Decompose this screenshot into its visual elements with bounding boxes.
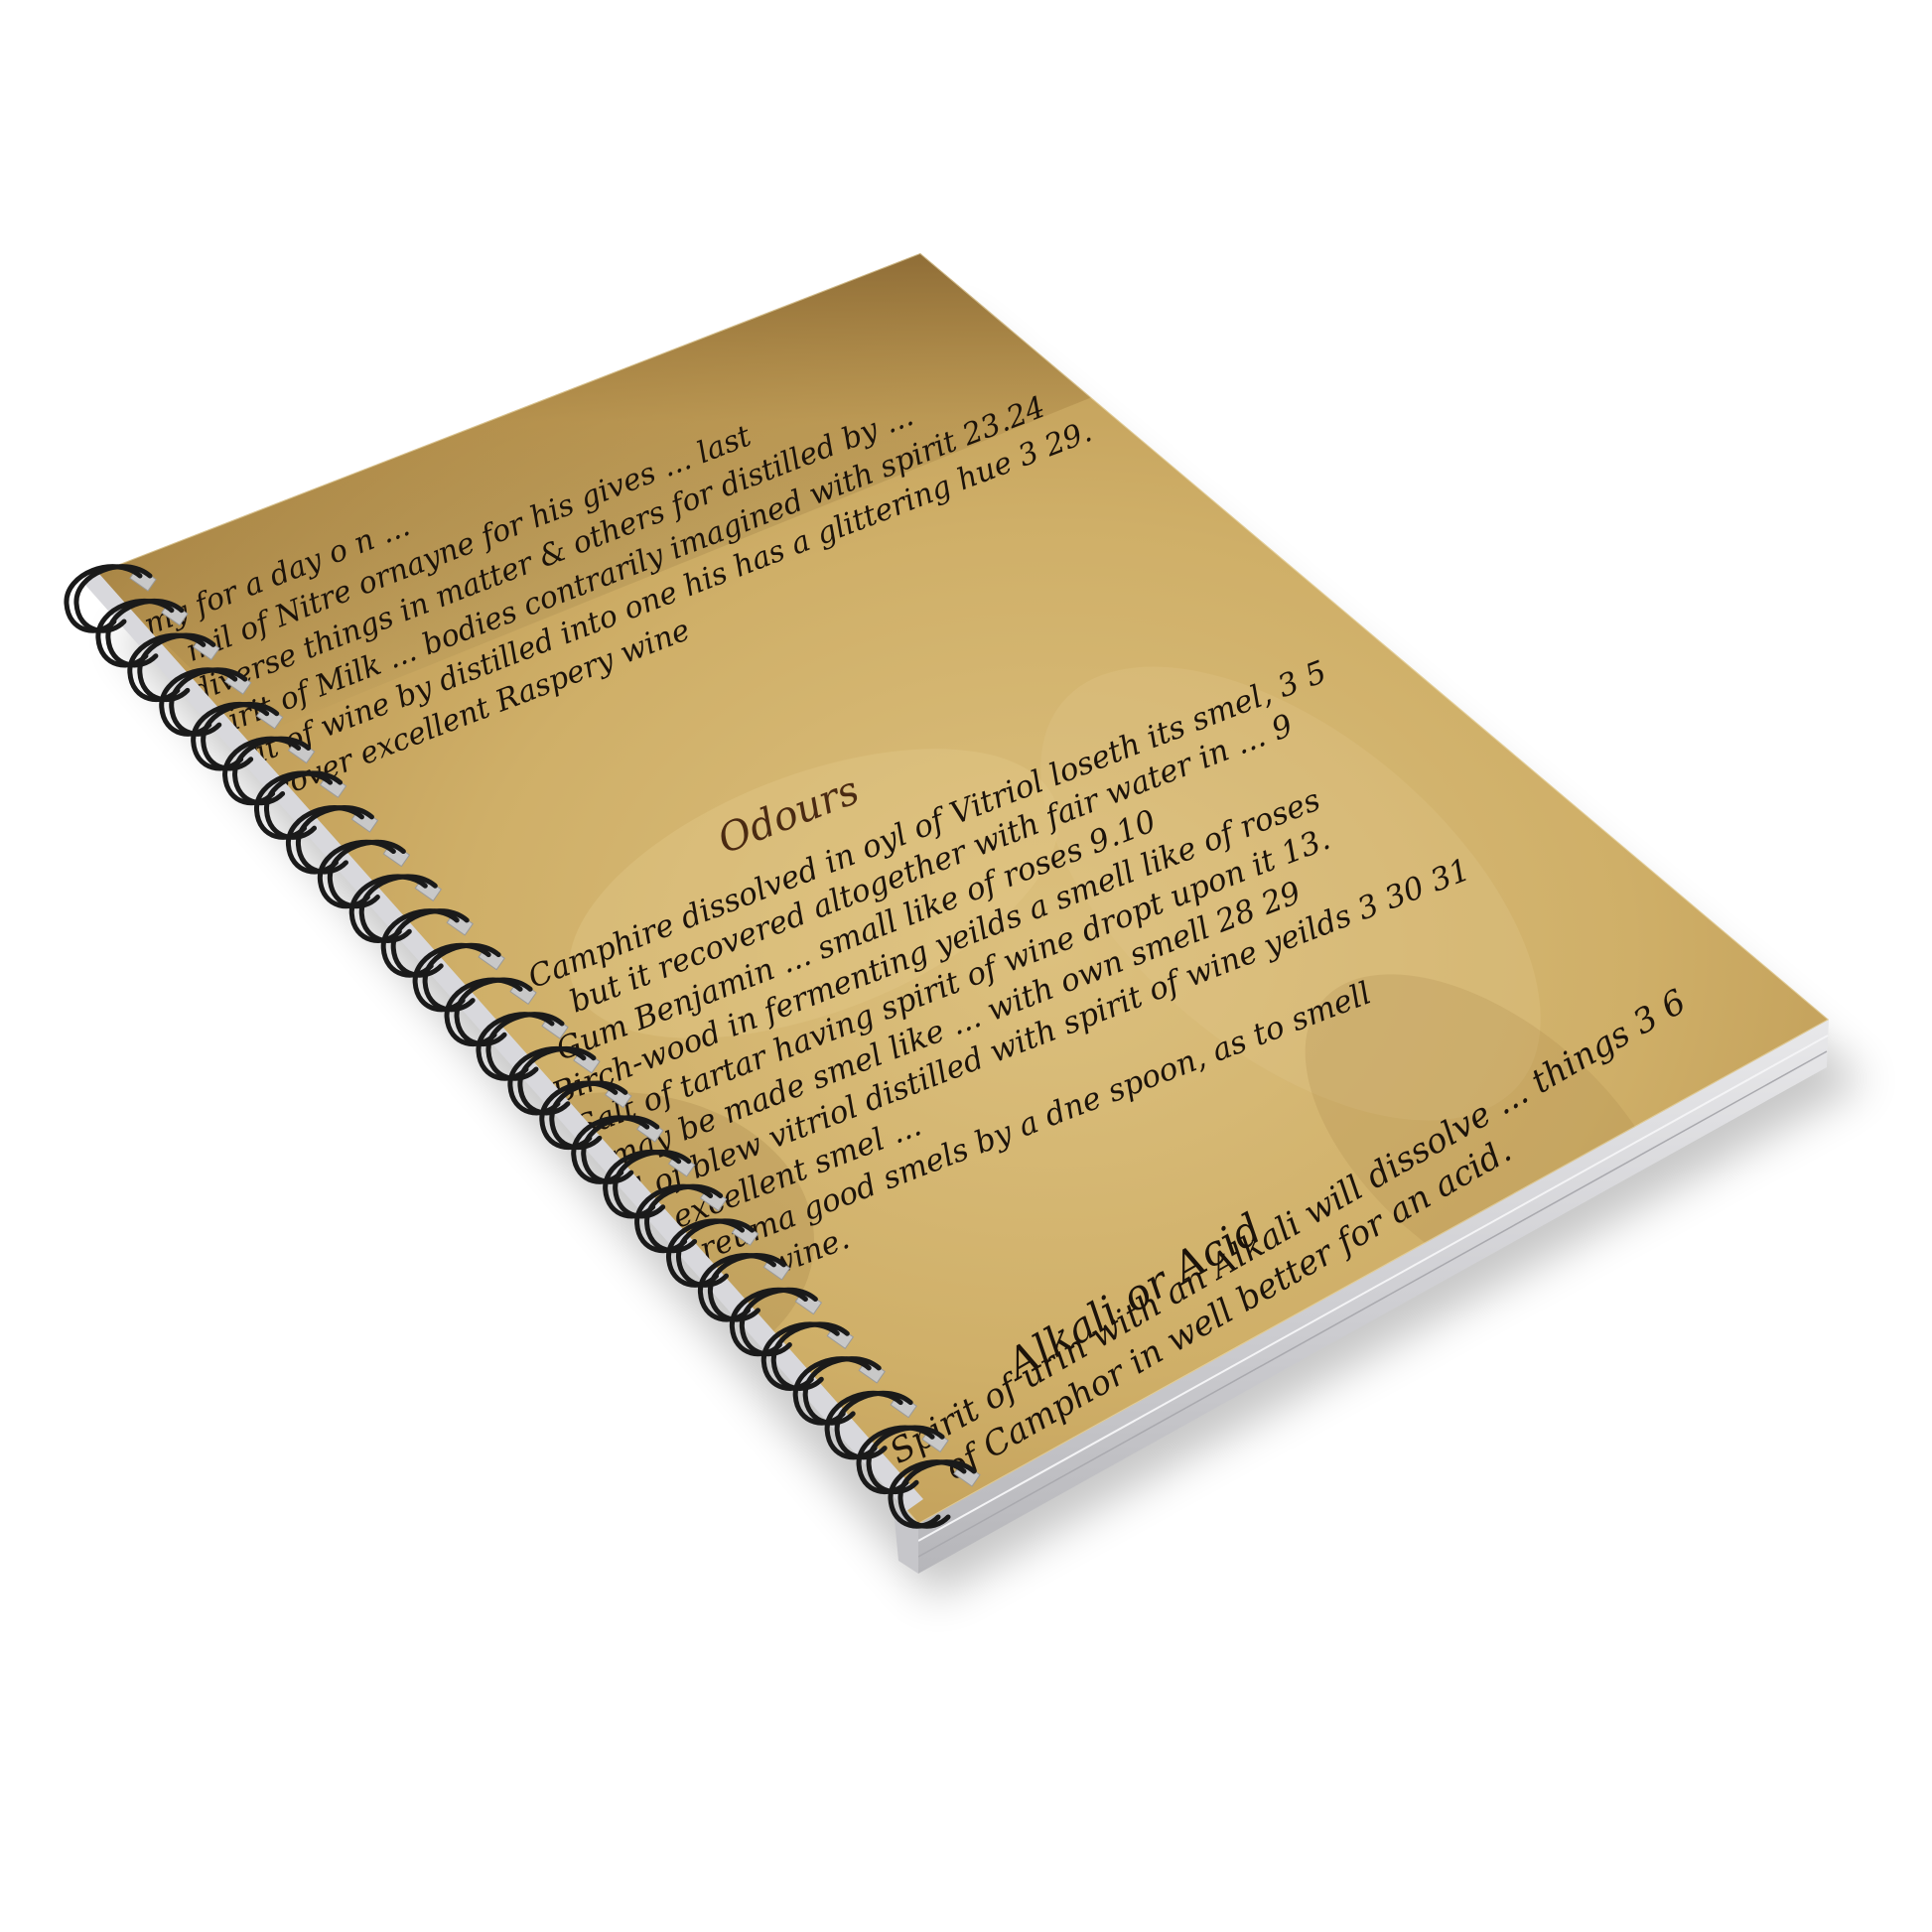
product-photo: my for a day o n ... mil of Nitre ornayn… [0, 0, 1932, 1932]
notebook-illustration: my for a day o n ... mil of Nitre ornayn… [0, 0, 1932, 1932]
